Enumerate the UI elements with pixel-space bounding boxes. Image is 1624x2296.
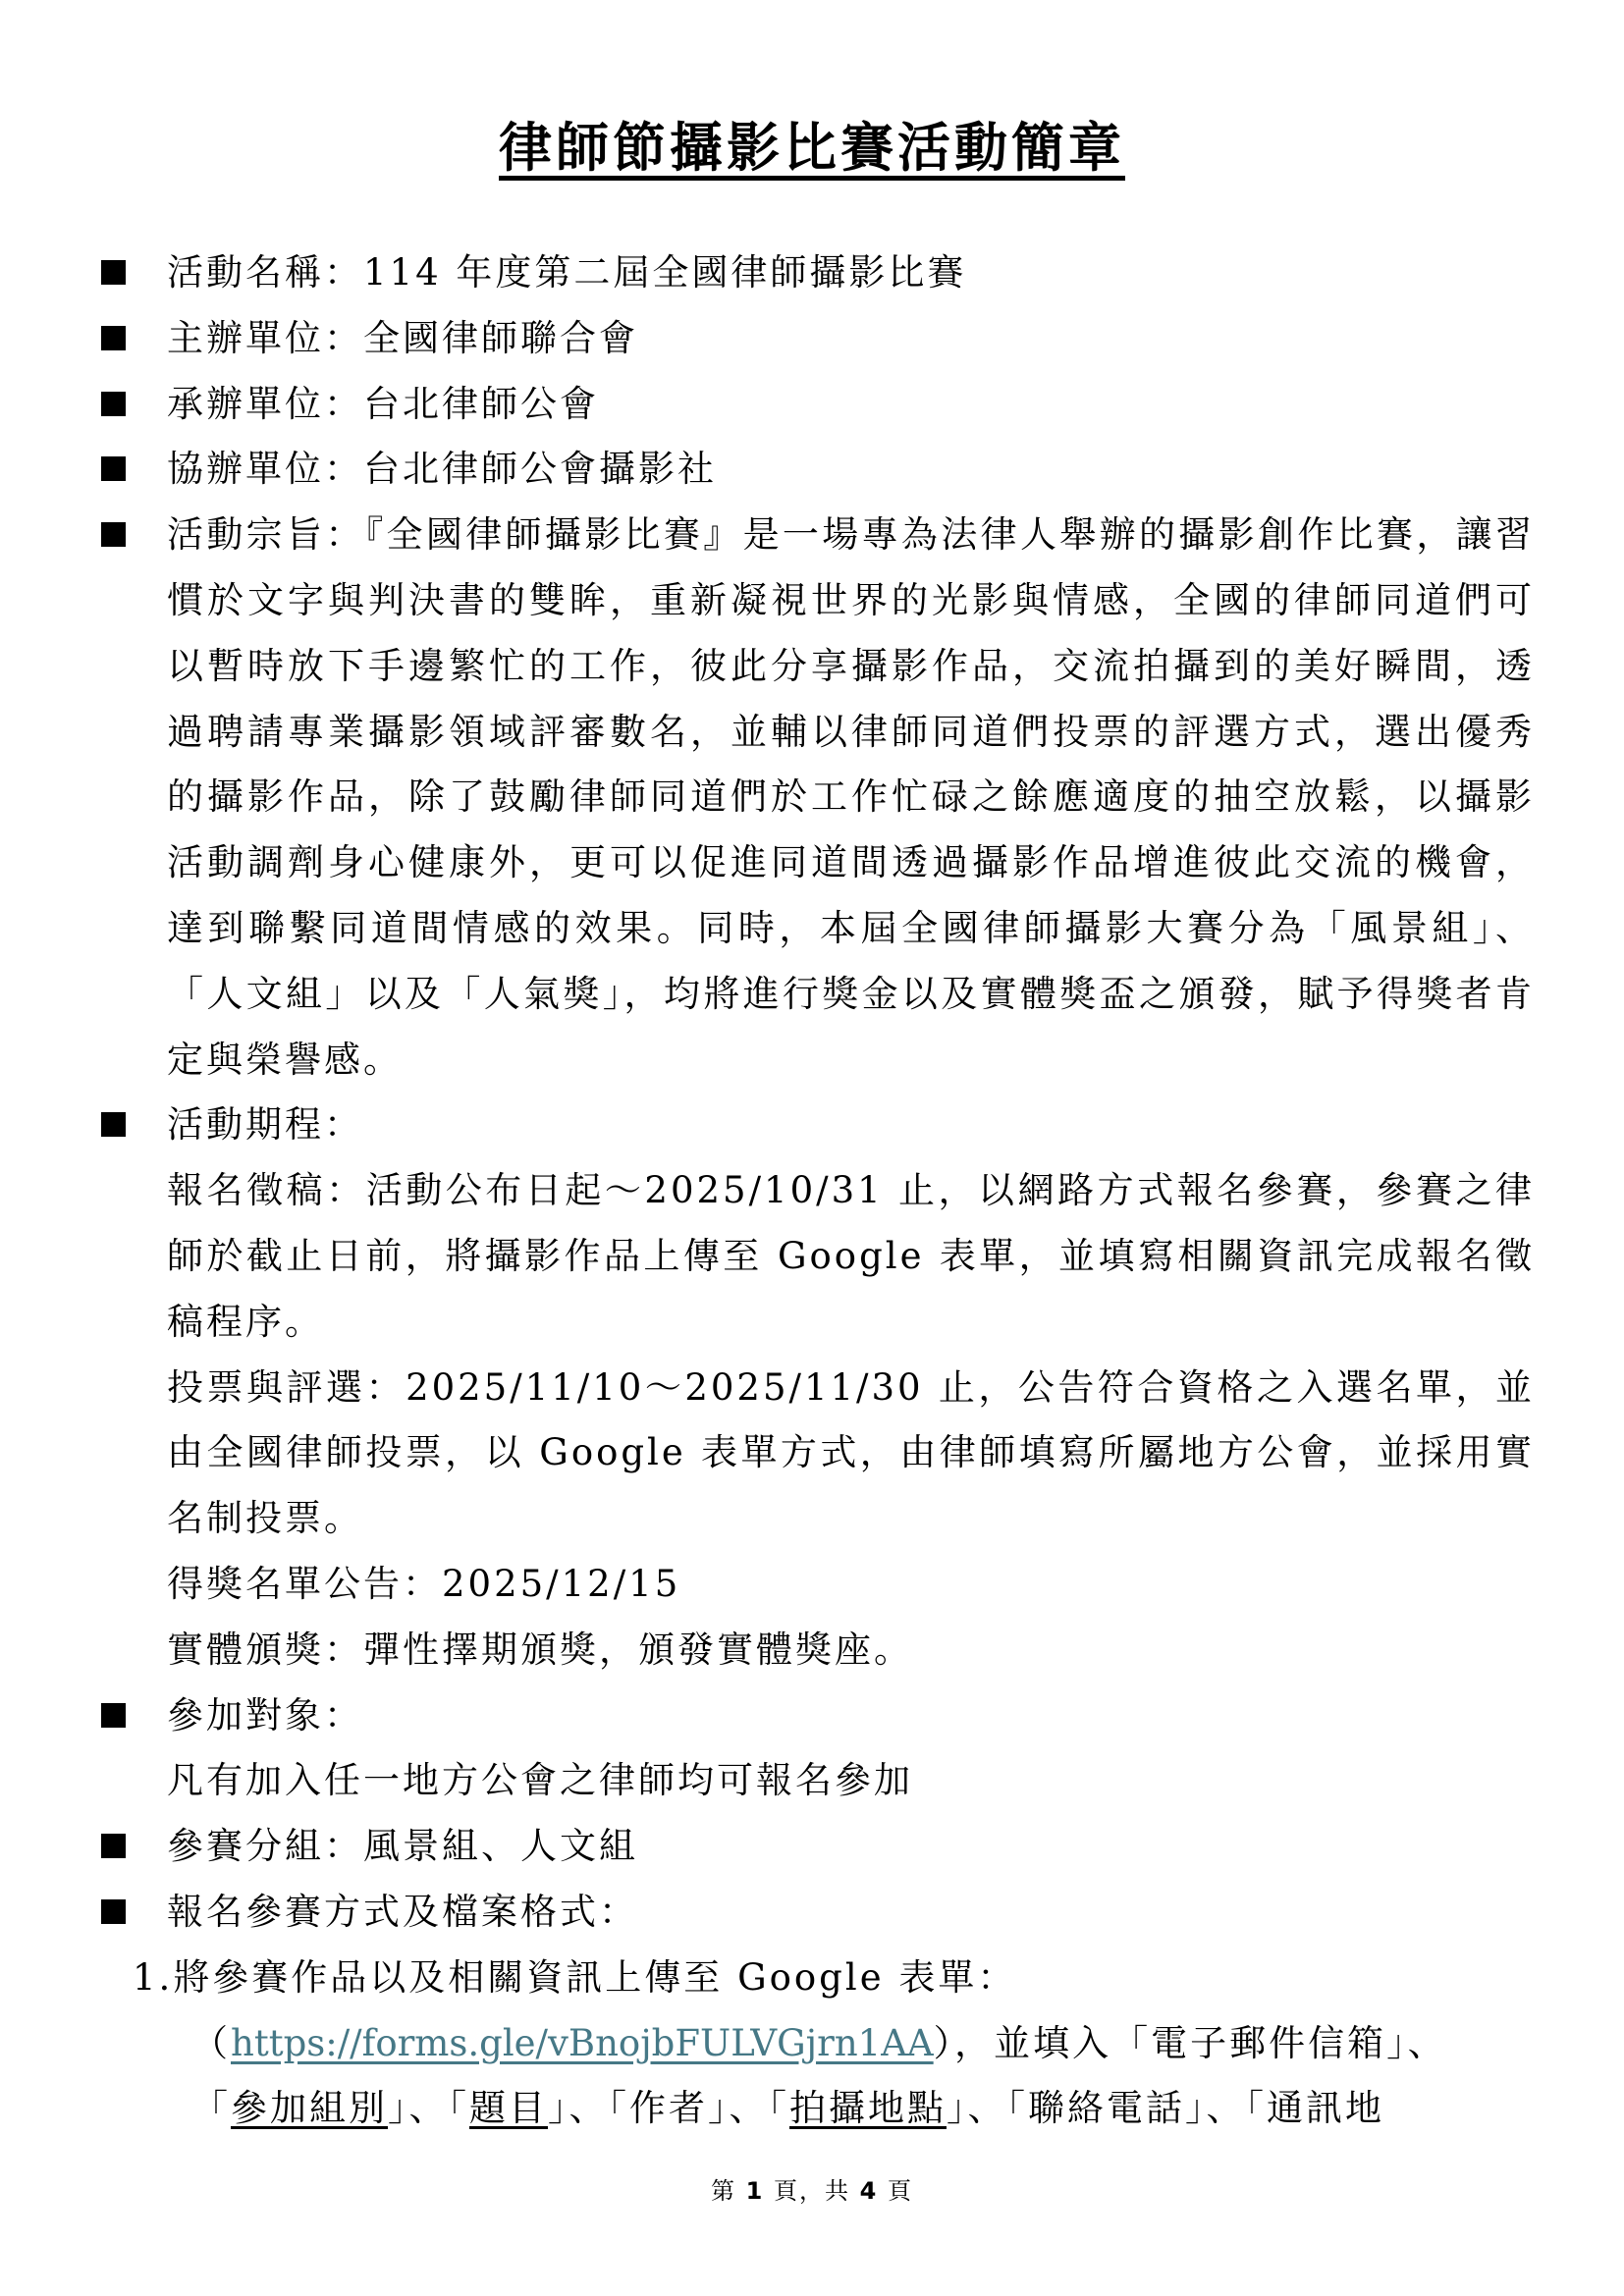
google-form-link[interactable]: https://forms.gle/vBnojbFULVGjrn1AA <box>231 2022 934 2064</box>
after-link-text: ），並填入「電子郵件信箱」、 <box>934 2022 1447 2064</box>
registration-fields-line: 「參加組別」、「題目」、「作者」、「拍攝地點」、「聯絡電話」、「通訊地 <box>101 2076 1535 2142</box>
square-bullet-icon <box>101 1703 126 1728</box>
square-bullet-icon <box>101 456 126 481</box>
list-item-co-organizer: 協辦單位：台北律師公會攝影社 <box>101 437 1535 503</box>
item-label: 活動宗旨： <box>167 513 365 556</box>
entry-label: 報名徵稿： <box>167 1169 366 1211</box>
item-label: 活動期程： <box>167 1103 363 1146</box>
schedule-entry-voting: 投票與評選：2025/11/10～2025/11/30 止，公告符合資格之入選名… <box>101 1356 1535 1552</box>
entry-label: 實體頒獎： <box>167 1629 363 1671</box>
schedule-entry-award: 實體頒獎：彈性擇期頒獎，頒發實體獎座。 <box>101 1618 1535 1683</box>
item-label: 承辦單位： <box>167 383 363 425</box>
square-bullet-icon <box>101 1112 126 1137</box>
item-value: 風景組、人文組 <box>363 1825 638 1867</box>
square-bullet-icon <box>101 260 126 285</box>
eligibility-value: 凡有加入任一地方公會之律師均可報名參加 <box>167 1759 913 1801</box>
document-body: 活動名稱：114 年度第二屆全國律師攝影比賽 主辦單位：全國律師聯合會 承辦單位… <box>101 240 1535 2142</box>
list-item-host: 承辦單位：台北律師公會 <box>101 372 1535 438</box>
footer-prefix: 第 <box>711 2177 746 2205</box>
footer-middle: 頁，共 <box>764 2177 859 2205</box>
square-bullet-icon <box>101 326 126 350</box>
square-bullet-icon <box>101 1899 126 1924</box>
item-label: 主辦單位： <box>167 317 363 359</box>
document-title-text: 律師節攝影比賽活動簡章 <box>499 117 1125 179</box>
list-item-eligibility: 參加對象： <box>101 1683 1535 1749</box>
list-item-purpose: 活動宗旨：『全國律師攝影比賽』是一場專為法律人舉辦的攝影創作比賽，讓習慣於文字與… <box>101 503 1535 1093</box>
page-total: 4 <box>860 2177 879 2205</box>
entry-label: 投票與評選： <box>167 1366 406 1409</box>
page-number: 1 <box>746 2177 765 2205</box>
field-title: 題目 <box>469 2087 548 2129</box>
step-text: 將參賽作品以及相關資訊上傳至 Google 表單： <box>173 1956 1016 1999</box>
item-value: 全國律師聯合會 <box>363 317 638 359</box>
registration-step-1: 1.將參賽作品以及相關資訊上傳至 Google 表單： <box>101 1946 1535 2011</box>
separator: 」、「聯絡電話」、「通訊地 <box>947 2087 1384 2129</box>
list-item-groups: 參賽分組：風景組、人文組 <box>101 1814 1535 1880</box>
footer-suffix: 頁 <box>878 2177 913 2205</box>
schedule-entry-announcement: 得獎名單公告：2025/12/15 <box>101 1552 1535 1618</box>
entry-text: 彈性擇期頒獎，頒發實體獎座。 <box>363 1629 913 1671</box>
page-footer: 第 1 頁，共 4 頁 <box>0 2171 1624 2206</box>
field-location: 拍攝地點 <box>789 2087 947 2129</box>
step-number: 1. <box>133 1956 173 1999</box>
list-item-event-name: 活動名稱：114 年度第二屆全國律師攝影比賽 <box>101 240 1535 306</box>
entry-text: 2025/12/15 <box>442 1563 680 1605</box>
eligibility-text: 凡有加入任一地方公會之律師均可報名參加 <box>101 1748 1535 1814</box>
entry-text: 活動公布日起～2025/10/31 止，以網路方式報名參賽，參賽之律師於截止日前… <box>167 1169 1535 1343</box>
field-group: 參加組別 <box>231 2087 388 2129</box>
item-label: 報名參賽方式及檔案格式： <box>167 1891 638 1933</box>
item-label: 參賽分組： <box>167 1825 363 1867</box>
list-item-organizer: 主辦單位：全國律師聯合會 <box>101 306 1535 372</box>
quote-mark: 「 <box>191 2087 231 2129</box>
item-label: 參加對象： <box>167 1694 363 1736</box>
square-bullet-icon <box>101 522 126 547</box>
item-value: 台北律師公會攝影社 <box>363 448 717 490</box>
purpose-text: 『全國律師攝影比賽』是一場專為法律人舉辦的攝影創作比賽，讓習慣於文字與判決書的雙… <box>167 513 1535 1080</box>
separator: 」、「作者」、「 <box>548 2087 789 2129</box>
item-label: 活動名稱： <box>167 251 363 294</box>
item-label: 協辦單位： <box>167 448 363 490</box>
document-title: 律師節攝影比賽活動簡章 <box>0 106 1624 182</box>
paren-open: （ <box>191 2022 231 2064</box>
separator: 」、「 <box>388 2087 469 2129</box>
registration-link-line: （https://forms.gle/vBnojbFULVGjrn1AA），並填… <box>101 2011 1535 2077</box>
list-item-registration: 報名參賽方式及檔案格式： <box>101 1880 1535 1946</box>
item-value: 114 年度第二屆全國律師攝影比賽 <box>363 251 966 294</box>
list-item-schedule: 活動期程： <box>101 1093 1535 1158</box>
square-bullet-icon <box>101 1834 126 1858</box>
entry-label: 得獎名單公告： <box>167 1563 442 1605</box>
schedule-entry-submission: 報名徵稿：活動公布日起～2025/10/31 止，以網路方式報名參賽，參賽之律師… <box>101 1158 1535 1355</box>
square-bullet-icon <box>101 392 126 416</box>
item-value: 台北律師公會 <box>363 383 599 425</box>
